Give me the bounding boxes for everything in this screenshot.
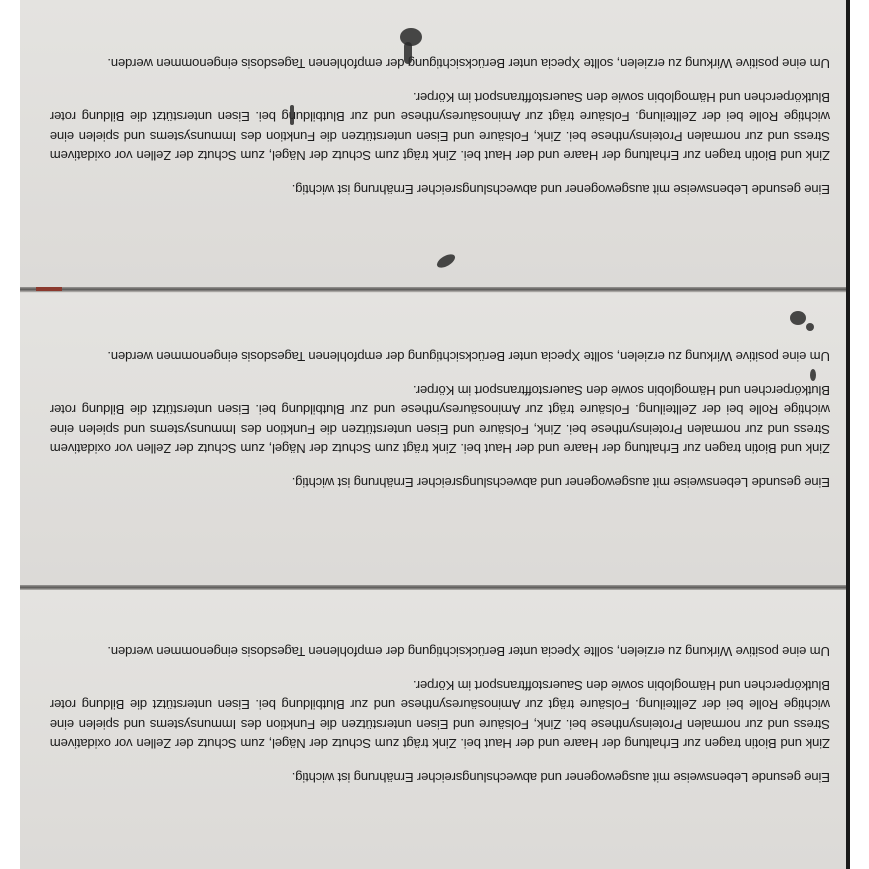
box-text: Eine gesunde Lebensweise mit ausgewogene…	[50, 628, 830, 787]
product-box-bottom: Eine gesunde Lebensweise mit ausgewogene…	[20, 590, 846, 869]
product-box-middle: Eine gesunde Lebensweise mit ausgewogene…	[20, 293, 846, 585]
dirt-smudge	[806, 323, 814, 331]
box-text: Eine gesunde Lebensweise mit ausgewogene…	[50, 333, 830, 492]
text-paragraph: Eine gesunde Lebensweise mit ausgewogene…	[50, 473, 830, 493]
red-mark	[36, 287, 62, 291]
product-box-top: Eine gesunde Lebensweise mit ausgewogene…	[20, 0, 846, 287]
dirt-smudge	[435, 252, 457, 271]
text-paragraph: Zink und Biotin tragen zur Erhaltung der…	[50, 676, 830, 754]
dirt-smudge	[404, 42, 412, 64]
box-seam	[20, 287, 846, 292]
text-paragraph: Um eine positive Wirkung zu erzielen, so…	[50, 347, 830, 367]
text-paragraph: Um eine positive Wirkung zu erzielen, so…	[50, 54, 830, 74]
dirt-smudge	[290, 105, 294, 125]
box-stack: Eine gesunde Lebensweise mit ausgewogene…	[20, 0, 850, 869]
text-paragraph: Zink und Biotin tragen zur Erhaltung der…	[50, 88, 830, 166]
text-paragraph: Eine gesunde Lebensweise mit ausgewogene…	[50, 768, 830, 788]
text-paragraph: Zink und Biotin tragen zur Erhaltung der…	[50, 381, 830, 459]
text-paragraph: Um eine positive Wirkung zu erzielen, so…	[50, 642, 830, 662]
text-paragraph: Eine gesunde Lebensweise mit ausgewogene…	[50, 180, 830, 200]
box-text: Eine gesunde Lebensweise mit ausgewogene…	[50, 40, 830, 199]
dirt-smudge	[810, 369, 816, 381]
dirt-smudge	[790, 311, 806, 325]
